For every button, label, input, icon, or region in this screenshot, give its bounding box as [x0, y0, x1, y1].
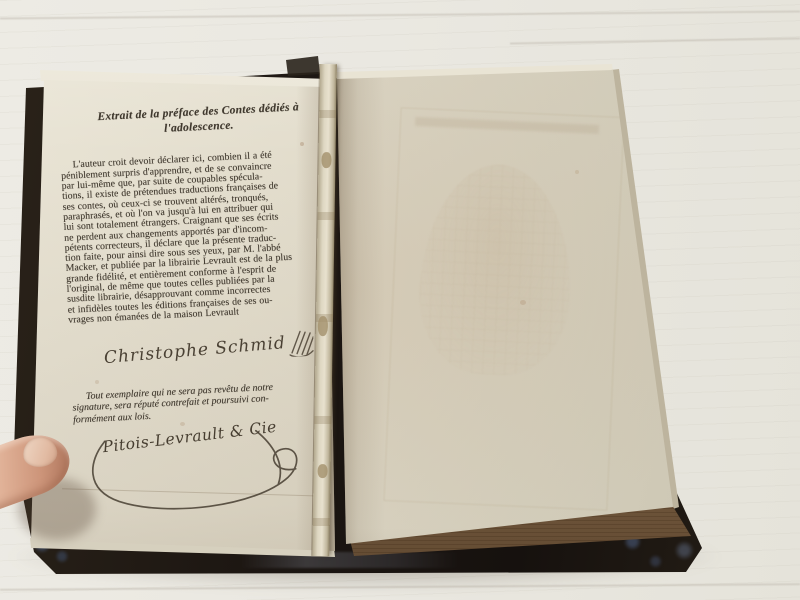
photo-of-open-book: Extrait de la préface des Contes dédiés …: [0, 0, 800, 600]
show-through-impression: [384, 107, 625, 510]
publisher-signature-block: Pitois-Levrault & Cie: [80, 419, 332, 527]
foxing-spot: [520, 300, 526, 305]
show-through-title-band: [415, 117, 599, 134]
stub-tear-mark: [318, 316, 328, 336]
stub-tear-mark: [317, 464, 327, 478]
table-groove-line: [0, 11, 800, 20]
show-through-dome-shape: [416, 161, 575, 377]
stub-tear-mark: [321, 152, 331, 168]
thumbnail-nail: [20, 434, 59, 470]
author-signature-text: Christophe Schmid: [103, 333, 286, 368]
foxing-spot: [575, 170, 579, 174]
preface-body-text: L'auteur croit devoir déclarer ici, comb…: [60, 148, 332, 325]
gutter-shadow-right: [337, 70, 397, 550]
page-heading: Extrait de la préface des Contes dédiés …: [72, 99, 325, 141]
table-groove-line: [510, 37, 800, 44]
